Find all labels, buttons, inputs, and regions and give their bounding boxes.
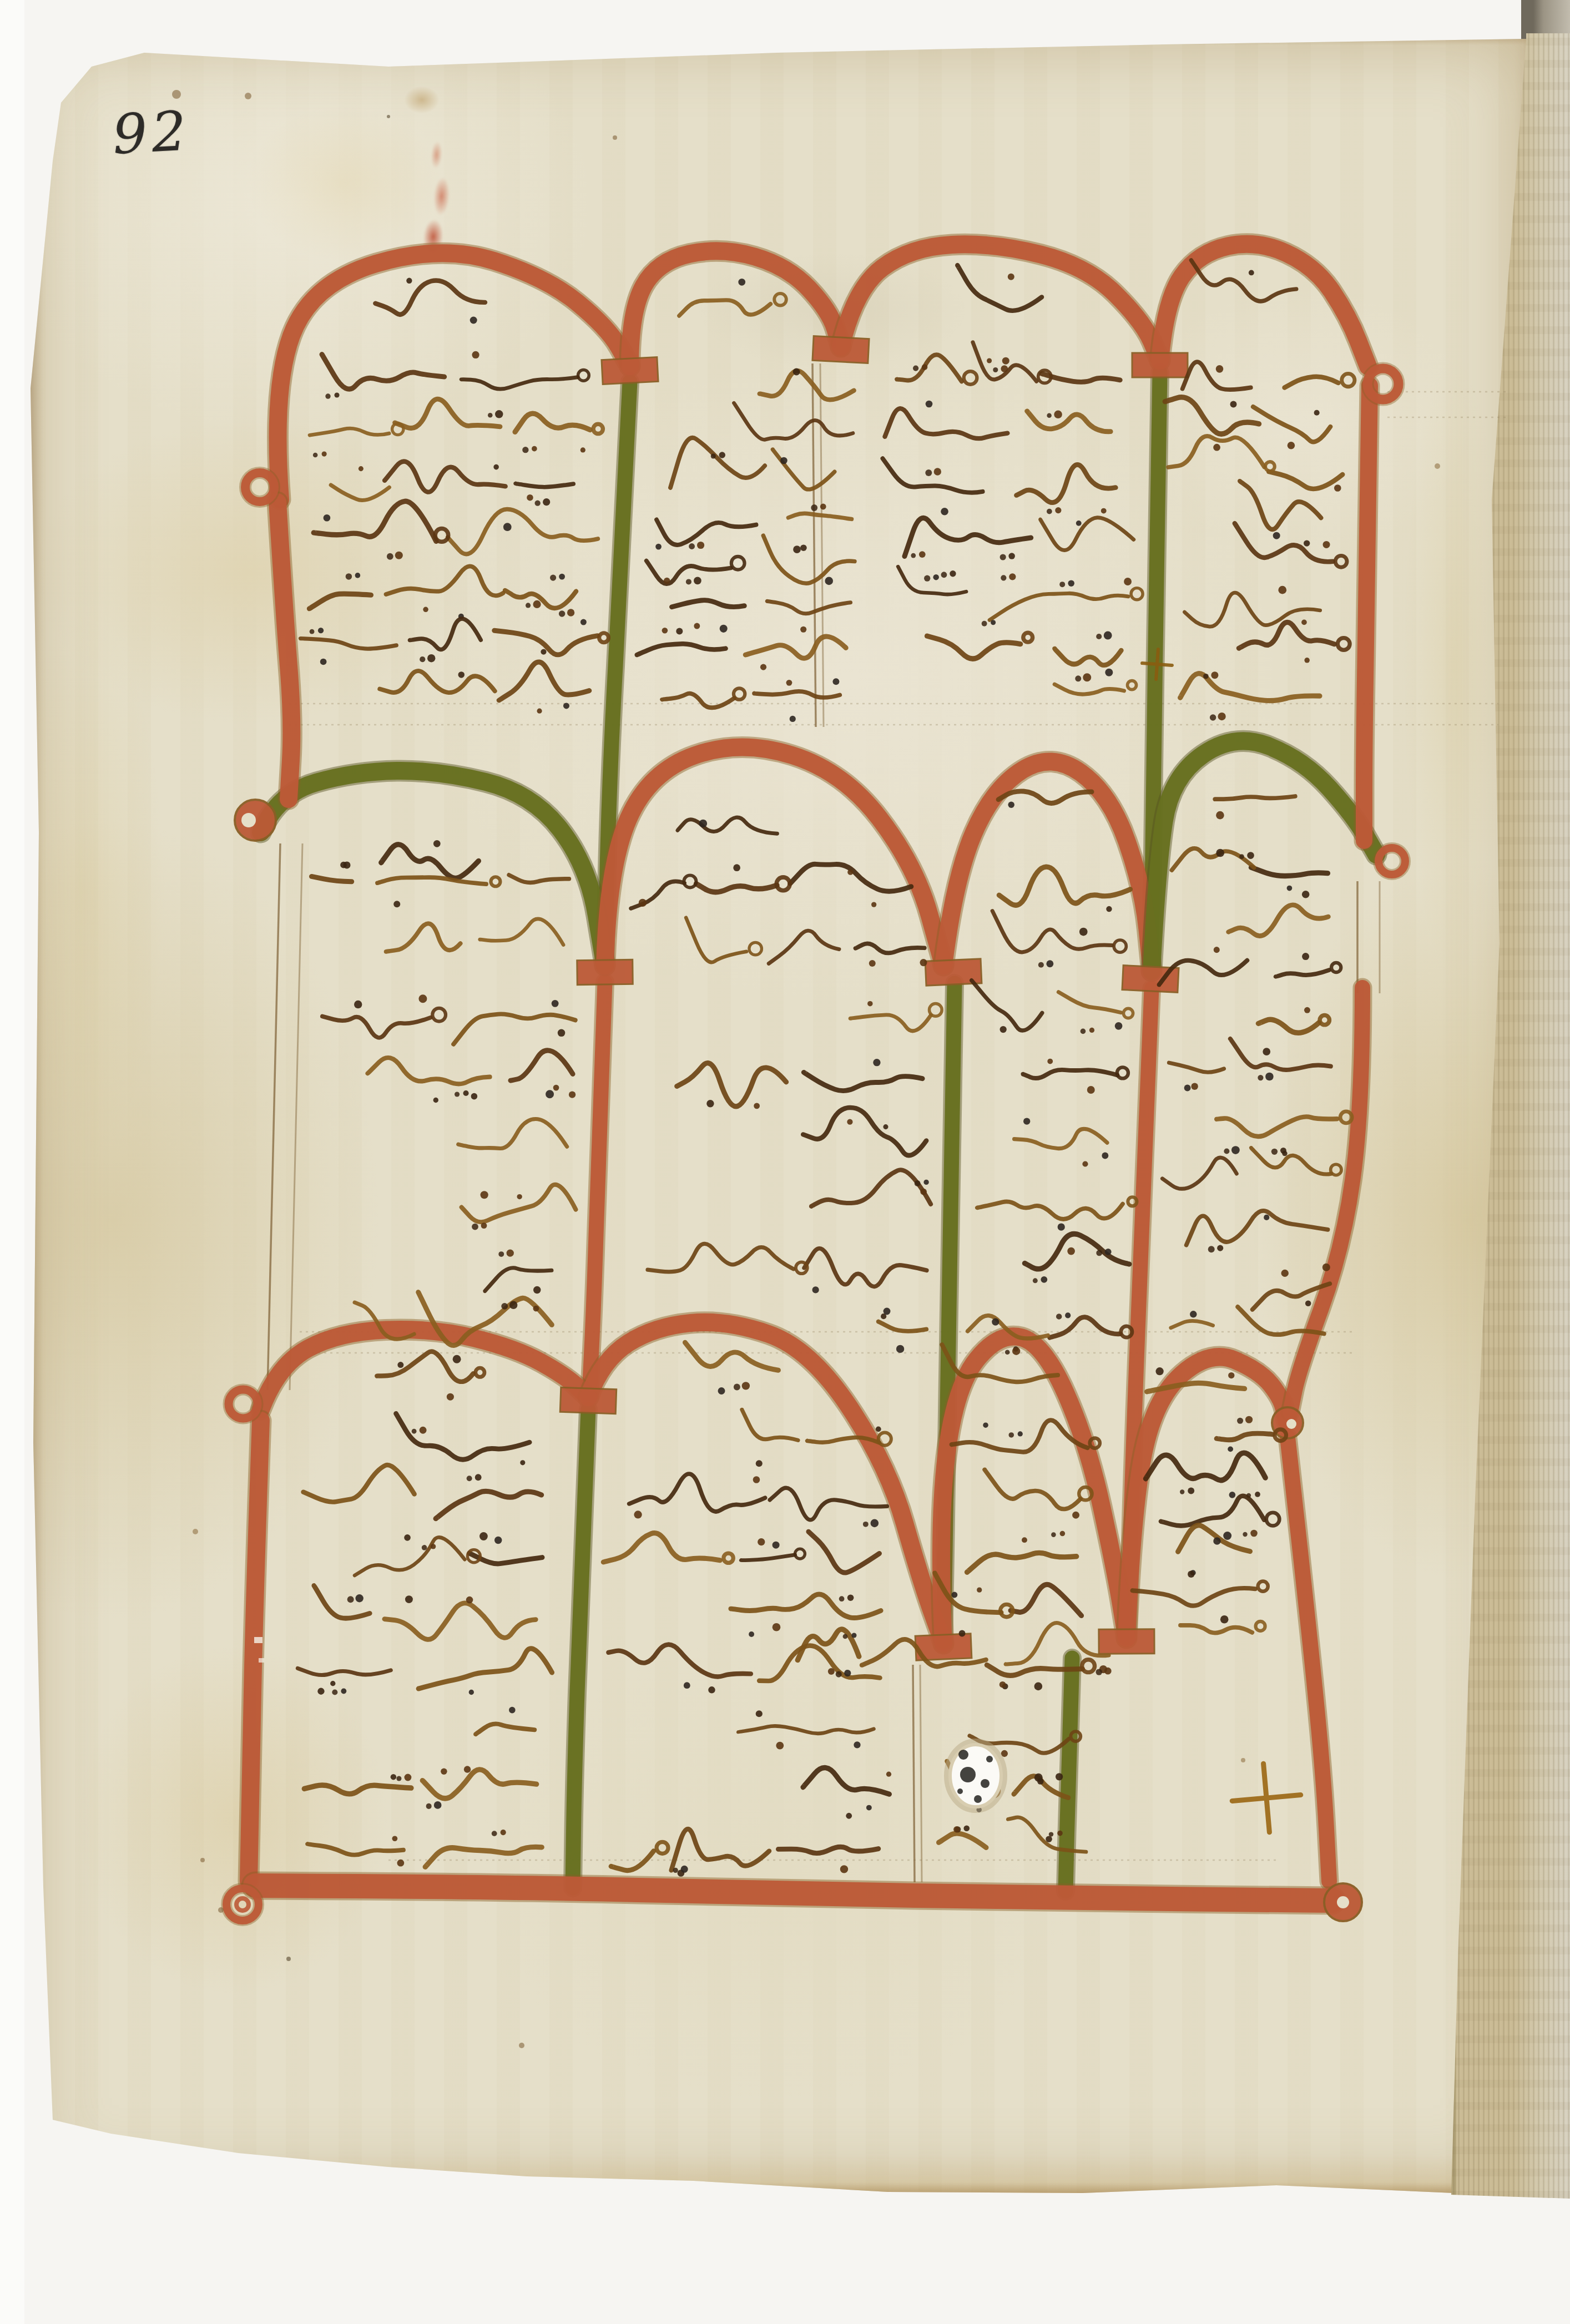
speck <box>200 1858 205 1862</box>
script-dot <box>896 1345 904 1353</box>
script-stroke <box>977 1201 1123 1219</box>
script-stroke <box>476 1368 484 1377</box>
script-dot <box>1231 1146 1240 1154</box>
script-dot <box>355 1594 363 1602</box>
script-stroke <box>670 438 765 488</box>
script-dot <box>334 392 339 397</box>
parchment-hole <box>948 1742 1003 1809</box>
script-dot <box>1008 553 1015 559</box>
script-dot <box>1305 1301 1311 1307</box>
speck <box>218 1907 224 1913</box>
script-dot <box>773 1623 781 1631</box>
script-dot <box>341 1689 346 1694</box>
script-stroke <box>770 1488 887 1520</box>
script-dot <box>1216 849 1224 857</box>
script-dot <box>820 504 826 510</box>
script-dot <box>749 1631 754 1637</box>
script-dot <box>776 1742 784 1750</box>
script-dot <box>472 1224 478 1230</box>
script-stroke <box>662 694 734 708</box>
script-stroke <box>1180 1625 1252 1633</box>
speck <box>1241 1758 1245 1762</box>
script-dot <box>1023 1118 1030 1124</box>
script-dot <box>346 573 352 579</box>
script-dot <box>1104 631 1112 640</box>
script-dot <box>1216 811 1224 820</box>
script-stroke <box>776 877 790 891</box>
script-dot <box>1083 673 1091 681</box>
script-dot <box>501 1303 508 1310</box>
script-stroke <box>763 535 855 583</box>
script-dot <box>418 994 427 1003</box>
script-dot <box>320 659 327 665</box>
script-dot <box>1101 508 1107 514</box>
script-stroke <box>1054 649 1121 665</box>
speck <box>1435 463 1440 469</box>
script-dot <box>924 575 930 581</box>
script-stroke <box>927 636 1021 659</box>
script-stroke <box>453 1014 576 1044</box>
script-stroke <box>314 1585 370 1618</box>
script-dot <box>1184 1085 1191 1092</box>
script-stroke <box>1128 681 1137 690</box>
script-stroke <box>637 644 726 655</box>
script-stroke <box>516 483 573 487</box>
script-dot <box>982 621 987 627</box>
script-dot <box>1081 1029 1086 1034</box>
script-dot <box>915 1180 921 1186</box>
script-dot <box>684 1682 690 1689</box>
script-stroke <box>657 1842 668 1853</box>
script-dot <box>742 1382 750 1390</box>
script-dot <box>479 1532 488 1540</box>
script-stroke <box>1216 1433 1273 1440</box>
script-dot <box>1250 1530 1258 1537</box>
capital-block <box>560 1387 616 1413</box>
script-dot <box>1005 1350 1010 1355</box>
script-stroke <box>611 1851 654 1871</box>
script-stroke <box>741 1555 795 1560</box>
script-stroke <box>856 943 925 953</box>
script-stroke <box>368 1058 490 1084</box>
script-dot <box>453 1355 461 1363</box>
script-dot <box>706 1100 714 1107</box>
script-stroke <box>355 1537 465 1575</box>
script-stroke <box>1169 1063 1224 1072</box>
script-stroke <box>1121 1326 1132 1337</box>
script-stroke <box>1216 1116 1337 1136</box>
script-stroke <box>939 1833 986 1847</box>
script-dot <box>495 410 503 418</box>
script-dot <box>1302 891 1310 898</box>
script-dot <box>1034 1774 1043 1782</box>
script-dot <box>1271 1149 1278 1155</box>
script-stroke <box>1162 1158 1236 1189</box>
script-dot <box>941 572 947 578</box>
script-dot <box>472 351 479 358</box>
script-dot <box>404 1774 411 1781</box>
script-dot <box>310 629 315 634</box>
script-dot <box>999 1681 1006 1688</box>
script-dot <box>1188 1570 1195 1578</box>
script-stroke <box>742 1409 798 1440</box>
show-through-mark <box>986 1756 993 1762</box>
script-dot <box>1124 578 1132 585</box>
script-dot <box>317 1688 324 1695</box>
script-dot <box>580 447 585 452</box>
speck <box>519 2043 524 2048</box>
script-dot <box>843 1634 848 1639</box>
script-dot <box>420 1427 427 1434</box>
script-dot <box>354 1001 362 1008</box>
script-stroke <box>767 601 850 613</box>
script-dot <box>481 1222 487 1229</box>
script-stroke <box>696 884 777 892</box>
script-dot <box>719 452 725 458</box>
script-dot <box>925 469 932 476</box>
script-dot <box>699 820 707 827</box>
script-dot <box>492 1831 497 1836</box>
script-dot <box>393 901 400 907</box>
script-stroke <box>311 876 351 881</box>
script-dot <box>1263 1048 1270 1055</box>
script-dot <box>812 1286 819 1293</box>
script-dot <box>811 504 817 511</box>
script-dot <box>866 1805 872 1811</box>
script-stroke <box>1049 1317 1120 1337</box>
script-stroke <box>1331 963 1341 972</box>
arch <box>261 771 605 966</box>
script-stroke <box>1006 1623 1109 1665</box>
script-dot <box>873 1059 880 1066</box>
speck <box>286 1957 291 1961</box>
script-stroke <box>672 600 744 607</box>
script-stroke <box>1171 1321 1213 1328</box>
script-stroke <box>578 370 589 381</box>
script-dot <box>993 367 998 372</box>
script-dot <box>1239 854 1244 859</box>
script-dot <box>1022 1537 1027 1543</box>
script-dot <box>325 393 330 398</box>
specks <box>172 90 1440 2048</box>
script-dot <box>1224 1148 1229 1154</box>
script-stroke <box>967 1553 1077 1572</box>
script-dot <box>535 500 541 506</box>
script-dot <box>1046 1836 1052 1842</box>
script-dot <box>664 578 670 584</box>
script-stroke <box>603 1533 720 1562</box>
script-dot <box>1106 906 1112 912</box>
script-dot <box>1056 1773 1063 1780</box>
script-dot <box>543 498 550 506</box>
script-stroke <box>972 981 1042 1031</box>
script-dot <box>686 579 691 584</box>
script-dot <box>871 1519 879 1528</box>
script-stroke <box>322 1016 431 1038</box>
script-dot <box>934 468 941 475</box>
arch <box>261 1330 588 1409</box>
script-stroke <box>386 566 503 595</box>
canon-table <box>0 0 1570 2324</box>
script-stroke <box>1335 555 1347 567</box>
script-stroke <box>774 294 786 306</box>
script-stroke <box>499 662 589 700</box>
script-dot <box>760 664 766 670</box>
script-dot <box>553 1085 559 1091</box>
script-dot <box>847 1594 854 1601</box>
script-dot <box>871 902 876 907</box>
script-dot <box>558 1029 566 1037</box>
script-dot <box>800 544 807 551</box>
script-dot <box>1301 620 1307 625</box>
script-dot <box>1255 1492 1260 1497</box>
script-dot <box>391 1774 396 1780</box>
ink-cross <box>1229 1761 1304 1835</box>
script-dot <box>1228 1446 1233 1452</box>
script-dot <box>426 1803 432 1809</box>
script-dot <box>1281 1270 1289 1277</box>
script-stroke <box>734 688 745 699</box>
script-stroke <box>804 1072 922 1090</box>
script-dot <box>851 1633 856 1638</box>
script-dot <box>839 1596 845 1601</box>
script-dot <box>655 544 662 550</box>
script-stroke <box>511 1050 573 1080</box>
script-stroke <box>425 1847 542 1867</box>
script-stroke <box>380 671 494 693</box>
script-stroke <box>1027 411 1110 432</box>
script-dot <box>1033 1278 1038 1283</box>
script-dot <box>1302 953 1309 960</box>
script-dot <box>1104 1668 1112 1675</box>
script-stroke <box>1054 684 1124 694</box>
text-column-r2-c3 <box>968 791 1137 1355</box>
script-dot <box>773 1542 780 1549</box>
script-stroke <box>1342 373 1355 386</box>
script-dot <box>854 1741 860 1748</box>
script-dot <box>963 1825 970 1831</box>
script-stroke <box>898 567 966 594</box>
script-dot <box>563 703 569 709</box>
column-shaft <box>589 982 605 1394</box>
script-dot <box>397 1860 405 1867</box>
script-stroke <box>879 1321 927 1331</box>
script-stroke <box>1001 1604 1013 1617</box>
script-stroke <box>1258 1582 1268 1592</box>
script-dot <box>1322 1264 1330 1271</box>
script-dot <box>455 1092 460 1097</box>
script-dot <box>1214 947 1220 953</box>
script-dot <box>1208 1246 1215 1252</box>
script-dot <box>1213 444 1220 451</box>
script-dot <box>1079 928 1088 936</box>
script-dot <box>1000 1026 1007 1033</box>
script-dot <box>470 317 477 324</box>
script-dot <box>922 364 927 370</box>
script-dot <box>780 457 787 464</box>
script-dot <box>1188 1488 1194 1494</box>
script-dot <box>1220 1615 1229 1624</box>
script-stroke <box>738 1726 874 1734</box>
script-dot <box>800 627 806 633</box>
script-stroke <box>1041 518 1134 550</box>
script-dot <box>355 573 361 578</box>
script-dot <box>1076 521 1082 526</box>
script-dot <box>886 1772 891 1777</box>
script-stroke <box>684 875 696 887</box>
script-dot <box>991 620 996 625</box>
speck <box>613 135 617 140</box>
script-dot <box>1047 509 1052 514</box>
script-dot <box>406 278 412 284</box>
script-dot <box>533 1306 539 1312</box>
script-dot <box>734 1383 740 1390</box>
script-dot <box>754 1103 760 1109</box>
script-stroke <box>307 1844 403 1855</box>
script-stroke <box>1014 1129 1107 1148</box>
script-dot <box>1180 1489 1184 1494</box>
script-dot <box>501 1830 506 1835</box>
script-dot <box>634 1510 642 1518</box>
script-dot <box>1008 802 1014 808</box>
script-dot <box>1258 1075 1263 1080</box>
script-dot <box>1041 1276 1047 1283</box>
script-dot <box>1058 1223 1065 1230</box>
script-stroke <box>1161 1496 1264 1526</box>
script-dot <box>423 607 428 612</box>
script-dot <box>559 574 565 580</box>
script-dot <box>1059 582 1065 587</box>
arch <box>630 251 841 366</box>
script-dot <box>1223 1532 1231 1540</box>
script-dot <box>844 1670 851 1676</box>
script-dot <box>662 628 668 634</box>
script-dot <box>1334 484 1341 492</box>
script-stroke <box>905 518 1031 556</box>
script-dot <box>1012 1347 1020 1355</box>
script-dot <box>1102 1153 1108 1159</box>
script-dot <box>863 1522 869 1527</box>
script-stroke <box>410 619 481 650</box>
script-dot <box>412 1429 417 1434</box>
manuscript-scan: 92 <box>0 0 1570 2324</box>
script-stroke <box>395 399 500 428</box>
ring-top-right <box>1367 368 1399 400</box>
script-dot <box>552 1000 559 1007</box>
script-dot <box>467 1476 472 1481</box>
script-stroke <box>448 509 598 554</box>
script-dot <box>959 1630 966 1637</box>
script-dot <box>422 1545 427 1550</box>
script-stroke <box>1256 1621 1265 1631</box>
script-stroke <box>301 639 397 649</box>
script-stroke <box>377 877 486 884</box>
script-stroke <box>435 529 448 542</box>
column-shaft <box>1066 1658 1072 1891</box>
script-stroke <box>461 377 577 389</box>
script-stroke <box>1276 970 1329 977</box>
script-stroke <box>803 1767 889 1794</box>
script-stroke <box>850 1015 931 1031</box>
script-stroke <box>724 1553 733 1563</box>
script-stroke <box>322 355 445 390</box>
script-dot <box>832 678 839 685</box>
text-column-r3-c1 <box>297 1352 552 1867</box>
script-dot <box>396 1776 401 1781</box>
script-dot <box>689 543 695 549</box>
script-dot <box>1087 1086 1095 1094</box>
script-stroke <box>1239 622 1334 648</box>
script-dot <box>1056 1313 1062 1319</box>
right-border <box>1364 386 1370 841</box>
script-stroke <box>754 691 840 698</box>
script-stroke <box>1340 1112 1352 1123</box>
script-dot <box>397 1362 403 1368</box>
script-stroke <box>418 1649 552 1689</box>
show-through-mark <box>981 1779 990 1788</box>
script-stroke <box>480 919 563 945</box>
script-stroke <box>788 513 851 519</box>
script-dot <box>1213 1537 1220 1544</box>
script-stroke <box>657 519 756 544</box>
script-dot <box>569 1091 576 1098</box>
script-dot <box>464 1766 471 1773</box>
script-dot <box>466 1597 473 1604</box>
script-dot <box>1229 1492 1236 1498</box>
script-dot <box>694 577 701 585</box>
text-column-r1-c1 <box>301 278 609 714</box>
script-dot <box>330 1681 335 1686</box>
script-dot <box>697 542 704 549</box>
script-stroke <box>760 371 854 400</box>
script-dot <box>347 1596 354 1603</box>
script-dot <box>533 600 541 608</box>
script-stroke <box>385 462 506 492</box>
script-dot <box>1249 270 1254 275</box>
script-dot <box>1000 554 1006 560</box>
capital-block <box>812 336 869 363</box>
script-stroke <box>804 1249 927 1287</box>
script-dot <box>825 577 833 585</box>
script-dot <box>920 959 927 966</box>
script-stroke <box>515 413 590 432</box>
script-dot <box>840 1865 848 1873</box>
script-dot <box>1096 1250 1102 1256</box>
script-dot <box>1096 634 1102 639</box>
script-dot <box>1265 1073 1274 1081</box>
script-dot <box>681 1866 688 1873</box>
script-dot <box>1047 1059 1053 1064</box>
script-dot <box>884 1308 891 1315</box>
script-dot <box>387 553 393 560</box>
script-dot <box>404 1534 411 1541</box>
script-dot <box>1009 573 1016 580</box>
script-dot <box>883 1124 888 1129</box>
speck <box>387 115 390 118</box>
script-stroke <box>999 867 1130 905</box>
script-dot <box>1264 1215 1269 1220</box>
script-dot <box>1304 1007 1310 1013</box>
column-shaft <box>573 1409 588 1888</box>
script-dot <box>546 1090 554 1098</box>
script-dot <box>950 570 956 577</box>
script-stroke <box>1123 1008 1133 1018</box>
ink-rule-line <box>290 843 302 1390</box>
script-dot <box>1072 1512 1079 1519</box>
script-dot <box>522 447 528 453</box>
script-dot <box>469 1690 474 1695</box>
script-dot <box>431 1544 436 1549</box>
